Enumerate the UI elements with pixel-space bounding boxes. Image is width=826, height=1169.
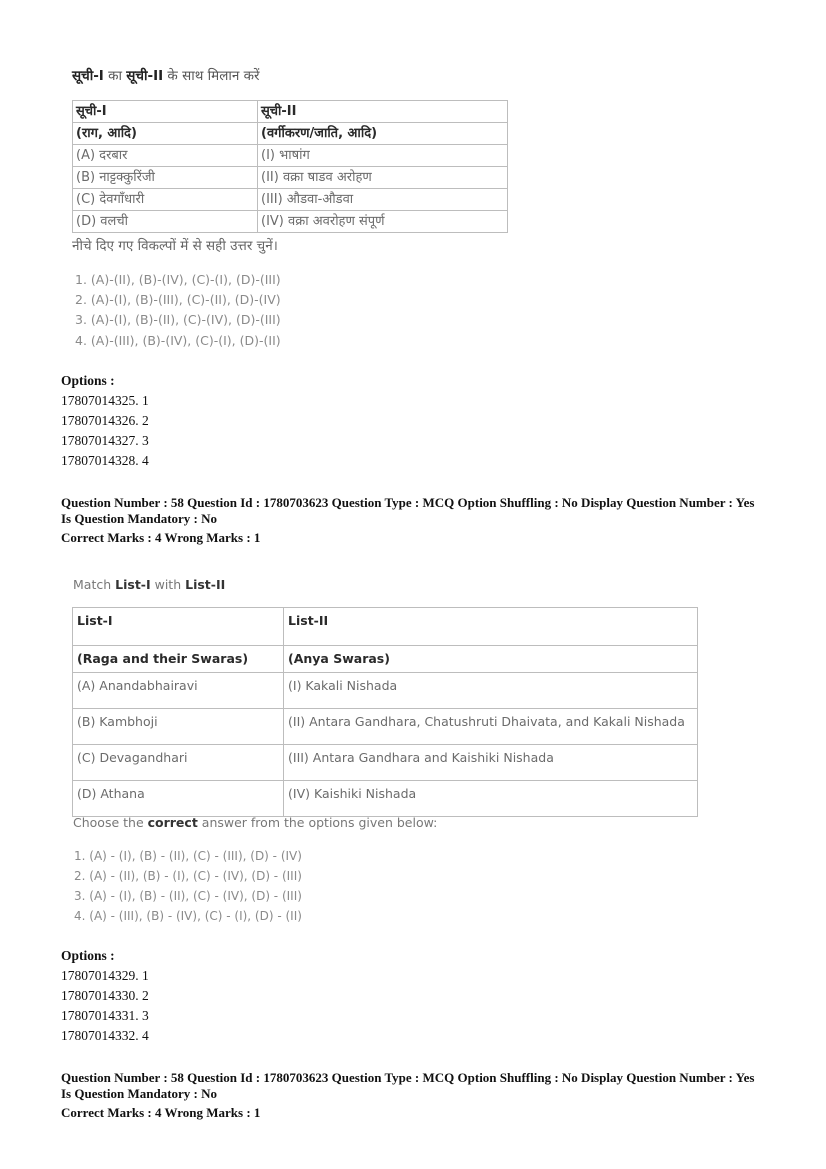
table-header-row: List-I List-II [73, 608, 698, 646]
table-cell: (III) औडवा-औडवा [258, 189, 508, 211]
list-1-label: List-I [115, 577, 151, 592]
answer-choice: 2. (A) - (II), (B) - (I), (C) - (IV), (D… [74, 866, 302, 886]
table-header-cell: सूची-II [258, 101, 508, 123]
option-item: 17807014326. 2 [61, 411, 149, 431]
mandatory-line: Is Question Mandatory : No [61, 511, 781, 527]
table-header-cell: सूची-I [73, 101, 258, 123]
match-table-english: List-I List-II (Raga and their Swaras) (… [72, 607, 698, 817]
marks-line: Correct Marks : 4 Wrong Marks : 1 [61, 1105, 781, 1121]
table-cell: (B) Kambhoji [73, 709, 284, 745]
table-cell: (I) भाषांग [258, 145, 508, 167]
table-cell: (II) Antara Gandhara, Chatushruti Dhaiva… [284, 709, 698, 745]
answer-choices-list: 1. (A)-(II), (B)-(IV), (C)-(I), (D)-(III… [75, 270, 281, 351]
table-row: (C) देवगाँधारी (III) औडवा-औडवा [73, 189, 508, 211]
table-cell: (IV) वक्रा अवरोहण संपूर्ण [258, 211, 508, 233]
table-subheader-cell: (राग, आदि) [73, 123, 258, 145]
table-cell: (A) दरबार [73, 145, 258, 167]
answer-choice: 4. (A) - (III), (B) - (IV), (C) - (I), (… [74, 906, 302, 926]
answer-choice: 3. (A) - (I), (B) - (II), (C) - (IV), (D… [74, 886, 302, 906]
table-cell: (D) Athana [73, 781, 284, 817]
option-item: 17807014329. 1 [61, 966, 149, 986]
option-item: 17807014328. 4 [61, 451, 149, 471]
table-cell: (II) वक्रा षाडव अरोहण [258, 167, 508, 189]
table-header-row: सूची-I सूची-II [73, 101, 508, 123]
table-header-cell: List-II [284, 608, 698, 646]
answer-choice: 1. (A)-(II), (B)-(IV), (C)-(I), (D)-(III… [75, 270, 281, 290]
options-block: Options : 17807014325. 1 17807014326. 2 … [61, 371, 149, 471]
table-header-cell: List-I [73, 608, 284, 646]
list-2-label: List-II [185, 577, 225, 592]
choose-answer-text: Choose the correct answer from the optio… [73, 815, 437, 830]
question-1-instruction: सूची-I का सूची-II के साथ मिलान करें [72, 66, 260, 84]
table-subheader-row: (Raga and their Swaras) (Anya Swaras) [73, 646, 698, 673]
table-cell: (IV) Kaishiki Nishada [284, 781, 698, 817]
option-item: 17807014330. 2 [61, 986, 149, 1006]
answer-choice: 1. (A) - (I), (B) - (II), (C) - (III), (… [74, 846, 302, 866]
table-cell: (C) देवगाँधारी [73, 189, 258, 211]
question-2-instruction: Match List-I with List-II [73, 577, 225, 592]
table-row: (B) नाट्टक्कुरिंजी (II) वक्रा षाडव अरोहण [73, 167, 508, 189]
option-item: 17807014332. 4 [61, 1026, 149, 1046]
options-title: Options : [61, 946, 149, 966]
question-metadata: Question Number : 58 Question Id : 17807… [61, 1070, 781, 1121]
list-1-label: सूची-I [72, 68, 104, 84]
answer-choice: 2. (A)-(I), (B)-(III), (C)-(II), (D)-(IV… [75, 290, 281, 310]
list-2-label: सूची-II [126, 68, 163, 84]
marks-line: Correct Marks : 4 Wrong Marks : 1 [61, 530, 781, 546]
table-row: (C) Devagandhari (III) Antara Gandhara a… [73, 745, 698, 781]
mandatory-line: Is Question Mandatory : No [61, 1086, 781, 1102]
table-row: (D) वलची (IV) वक्रा अवरोहण संपूर्ण [73, 211, 508, 233]
match-table-hindi: सूची-I सूची-II (राग, आदि) (वर्गीकरण/जाति… [72, 100, 508, 233]
table-cell: (C) Devagandhari [73, 745, 284, 781]
answer-choices-list: 1. (A) - (I), (B) - (II), (C) - (III), (… [74, 846, 302, 926]
table-row: (A) Anandabhairavi (I) Kakali Nishada [73, 673, 698, 709]
table-cell: (A) Anandabhairavi [73, 673, 284, 709]
table-row: (A) दरबार (I) भाषांग [73, 145, 508, 167]
table-subheader-cell: (Raga and their Swaras) [73, 646, 284, 673]
table-row: (B) Kambhoji (II) Antara Gandhara, Chatu… [73, 709, 698, 745]
table-subheader-cell: (Anya Swaras) [284, 646, 698, 673]
table-cell: (III) Antara Gandhara and Kaishiki Nisha… [284, 745, 698, 781]
option-item: 17807014327. 3 [61, 431, 149, 451]
answer-choice: 3. (A)-(I), (B)-(II), (C)-(IV), (D)-(III… [75, 310, 281, 330]
choose-answer-text: नीचे दिए गए विकल्पों में से सही उत्तर चु… [72, 236, 278, 254]
answer-choice: 4. (A)-(III), (B)-(IV), (C)-(I), (D)-(II… [75, 331, 281, 351]
table-cell: (B) नाट्टक्कुरिंजी [73, 167, 258, 189]
question-info-line: Question Number : 58 Question Id : 17807… [61, 495, 781, 511]
table-cell: (D) वलची [73, 211, 258, 233]
question-info-line: Question Number : 58 Question Id : 17807… [61, 1070, 781, 1086]
option-item: 17807014325. 1 [61, 391, 149, 411]
table-cell: (I) Kakali Nishada [284, 673, 698, 709]
table-row: (D) Athana (IV) Kaishiki Nishada [73, 781, 698, 817]
options-block: Options : 17807014329. 1 17807014330. 2 … [61, 946, 149, 1046]
table-subheader-row: (राग, आदि) (वर्गीकरण/जाति, आदि) [73, 123, 508, 145]
options-title: Options : [61, 371, 149, 391]
table-subheader-cell: (वर्गीकरण/जाति, आदि) [258, 123, 508, 145]
question-metadata: Question Number : 58 Question Id : 17807… [61, 495, 781, 546]
option-item: 17807014331. 3 [61, 1006, 149, 1026]
